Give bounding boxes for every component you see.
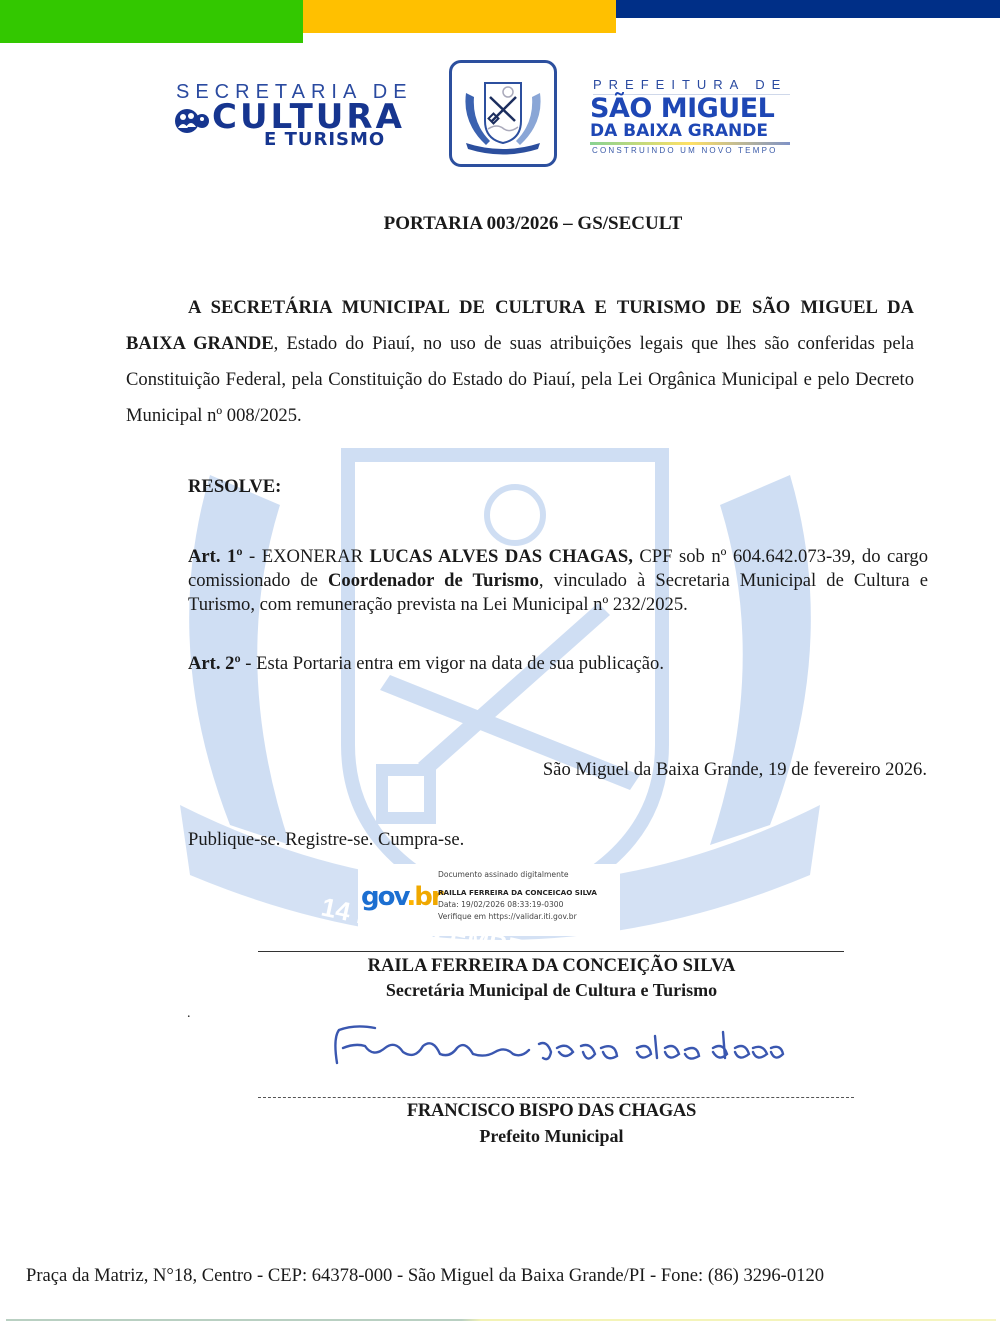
- preamble-paragraph: A SECRETÁRIA MUNICIPAL DE CULTURA E TURI…: [126, 290, 914, 434]
- article-1-label: Art. 1º: [188, 546, 243, 567]
- signer-1-name: RAILA FERREIRA DA CONCEIÇÃO SILVA: [0, 955, 1000, 977]
- article-1: Art. 1º - EXONERAR LUCAS ALVES DAS CHAGA…: [188, 545, 928, 617]
- govbr-logo: gov.br: [361, 882, 442, 912]
- prefeitura-logo-tagline: CONSTRUINDO UM NOVO TEMPO: [592, 145, 790, 157]
- article-2: Art. 2º - Esta Portaria entra em vigor n…: [188, 652, 928, 676]
- govbr-signature-stamp: gov.br Documento assinado digitalmente R…: [358, 864, 620, 936]
- footer-address: Praça da Matriz, N°18, Centro - CEP: 643…: [26, 1265, 824, 1287]
- closing-formula: Publique-se. Registre-se. Cumpra-se.: [188, 829, 464, 851]
- document-title: PORTARIA 003/2026 – GS/SECULT: [0, 213, 1000, 235]
- secretaria-logo-line2: CULTURA: [212, 102, 417, 132]
- prefeitura-logo-line3: DA BAIXA GRANDE: [590, 123, 790, 140]
- stray-mark: .: [187, 1006, 191, 1022]
- date-line: São Miguel da Baixa Grande, 19 de fevere…: [543, 759, 927, 781]
- signer-2-name: FRANCISCO BISPO DAS CHAGAS: [0, 1100, 1000, 1122]
- signer-1-role: Secretária Municipal de Cultura e Turism…: [0, 979, 1000, 1001]
- prefeitura-logo-line2: SÃO MIGUEL: [590, 95, 790, 123]
- signer-2-role: Prefeito Municipal: [0, 1125, 1000, 1147]
- handwritten-signature-icon: [325, 1018, 790, 1078]
- header-band-green: [0, 0, 303, 43]
- municipal-crest: [449, 60, 557, 167]
- govbr-date: Data: 19/02/2026 08:33:19-0300: [438, 900, 563, 909]
- header-band-yellow: [303, 0, 616, 33]
- govbr-signer: RAILLA FERREIRA DA CONCEICAO SILVA: [438, 888, 597, 897]
- article-1-role: Coordenador de Turismo: [328, 570, 539, 591]
- municipal-coat-of-arms-icon: [452, 63, 554, 164]
- secretaria-cultura-logo: SECRETARIA DE CULTURA E TURISMO: [172, 82, 417, 152]
- footer-rule: [6, 1319, 996, 1321]
- header-band-blue: [616, 0, 1000, 18]
- signature-line-2: [258, 1097, 854, 1098]
- article-2-label: Art. 2º: [188, 653, 241, 674]
- prefeitura-logo: PREFEITURA DE SÃO MIGUEL DA BAIXA GRANDE…: [590, 78, 790, 158]
- article-1-text-a: - EXONERAR: [243, 546, 370, 567]
- govbr-heading: Documento assinado digitalmente: [438, 870, 569, 879]
- prefeitura-logo-rule: [590, 142, 790, 145]
- article-1-person-name: LUCAS ALVES DAS CHAGAS,: [370, 546, 633, 567]
- signature-line-1: [258, 951, 844, 952]
- govbr-verify-link[interactable]: Verifique em https://validar.iti.gov.br: [438, 912, 577, 921]
- people-circle-icon: [174, 108, 210, 134]
- article-2-text: - Esta Portaria entra em vigor na data d…: [241, 653, 664, 674]
- resolve-label: RESOLVE:: [188, 476, 281, 498]
